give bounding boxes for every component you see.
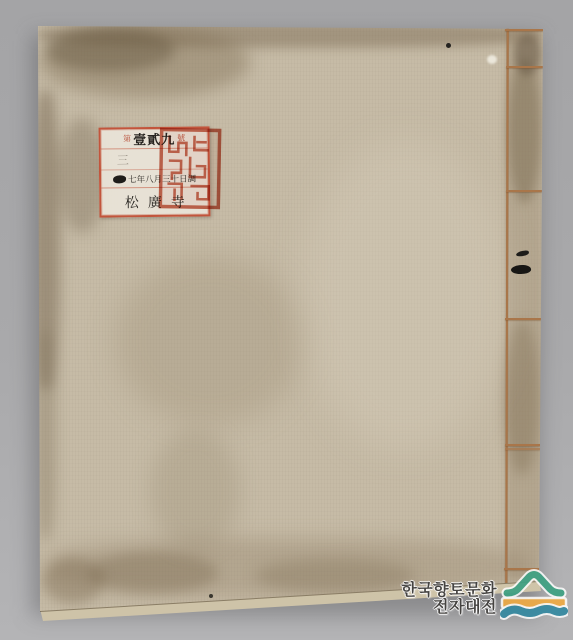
binding-stitch [506, 66, 543, 68]
binding-stitch [505, 318, 541, 320]
watermark-line2: 전자대전 [401, 599, 497, 616]
ink-speck [209, 594, 213, 598]
paper-speck [487, 55, 497, 64]
binding-stitch [505, 448, 540, 450]
cover-stain [42, 558, 104, 604]
cover-stain [508, 58, 541, 203]
cover-stain [504, 320, 540, 475]
cover-stain [150, 430, 240, 550]
watermark-text: 한국향토문화 전자대전 [401, 582, 497, 616]
cover-stain [45, 28, 175, 72]
archival-photo-scene: 第 壹貳九 號 三 七年八月三十日調 松廣寺 한국향토문화 전자대전 [0, 0, 573, 640]
binding-stitch [505, 29, 543, 31]
cover-stain [514, 33, 541, 75]
book-cover: 第 壹貳九 號 三 七年八月三十日調 松廣寺 [0, 0, 573, 640]
ink-smudge [113, 175, 126, 183]
watermark-line1: 한국향토문화 [401, 582, 497, 599]
binding-stitch [506, 190, 542, 192]
label-handwritten-mark: 三 [117, 151, 129, 168]
cover-stain [115, 255, 305, 425]
mountain-and-water-logo-icon [500, 562, 568, 629]
cover-highlight [300, 140, 510, 450]
cover-stain [88, 552, 218, 594]
binding-stitch [505, 444, 540, 446]
red-seal-stamp-icon [158, 127, 221, 209]
cover-stain [255, 558, 415, 594]
ink-speck [446, 43, 451, 48]
label-number-prefix: 第 [123, 133, 131, 144]
